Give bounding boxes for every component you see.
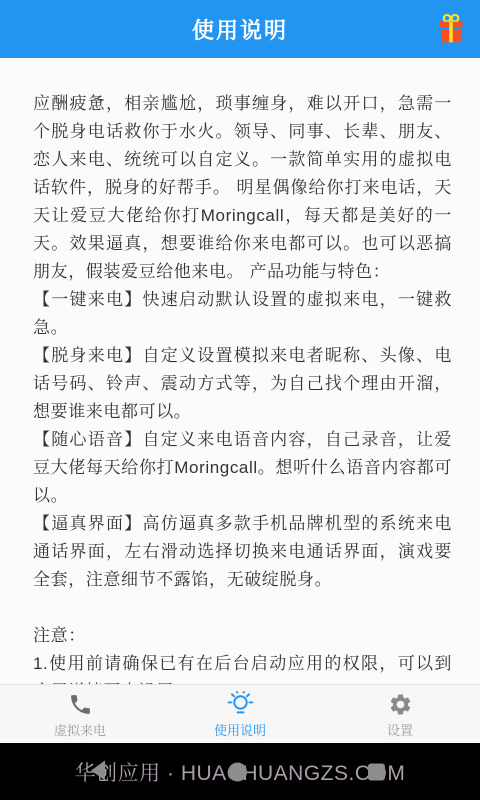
intro-paragraph: 应酬疲惫，相亲尴尬，琐事缠身，难以开口，急需一个脱身电话救你于水火。领导、同事、…: [33, 90, 452, 286]
tab-virtual-call[interactable]: 虚拟来电: [0, 685, 160, 743]
bulb-icon: [226, 691, 255, 718]
recents-icon: [368, 763, 385, 780]
recents-button[interactable]: [368, 763, 385, 780]
home-button[interactable]: [228, 762, 247, 781]
tab-settings[interactable]: 设置: [320, 685, 480, 743]
bottom-tab-bar: 虚拟来电 使用说明: [0, 684, 480, 743]
phone-icon: [68, 691, 93, 718]
tab-label: 虚拟来电: [54, 720, 106, 739]
note-1: 1.使用前请确保已有在后台启动应用的权限，可以到应用详情页去设置。: [33, 650, 452, 684]
gift-icon: [437, 13, 465, 46]
app-screen: 使用说明 应酬疲惫，相亲尴尬，琐事缠身，难以开口，急需一个脱身电话救你于水火。领…: [0, 0, 480, 800]
header: 使用说明: [0, 0, 480, 58]
instructions-text: 应酬疲惫，相亲尴尬，琐事缠身，难以开口，急需一个脱身电话救你于水火。领导、同事、…: [0, 58, 480, 684]
bottom-nav-bar: 华创应用 · HUACHUANGZS.COM: [0, 743, 480, 800]
gear-icon: [388, 691, 413, 718]
feature-custom-voice: 【随心语音】自定义来电语音内容，自己录音，让爱豆大佬每天给你打Moringcal…: [33, 426, 452, 510]
home-icon: [228, 762, 247, 781]
page-title: 使用说明: [192, 14, 288, 45]
tab-instructions[interactable]: 使用说明: [160, 685, 320, 743]
back-button[interactable]: [90, 759, 106, 784]
gift-button[interactable]: [437, 14, 465, 44]
feature-realistic-ui: 【逼真界面】高仿逼真多款手机品牌机型的系统来电通话界面，左右滑动选择切换来电通话…: [33, 510, 452, 594]
back-icon: [90, 759, 106, 784]
feature-one-key-call: 【一键来电】快速启动默认设置的虚拟来电，一键救急。: [33, 286, 452, 342]
feature-escape-call: 【脱身来电】自定义设置模拟来电者昵称、头像、电话号码、铃声、震动方式等，为自己找…: [33, 342, 452, 426]
tab-label: 使用说明: [214, 720, 266, 739]
tab-label: 设置: [387, 720, 413, 739]
notes-title: 注意：: [33, 622, 452, 650]
